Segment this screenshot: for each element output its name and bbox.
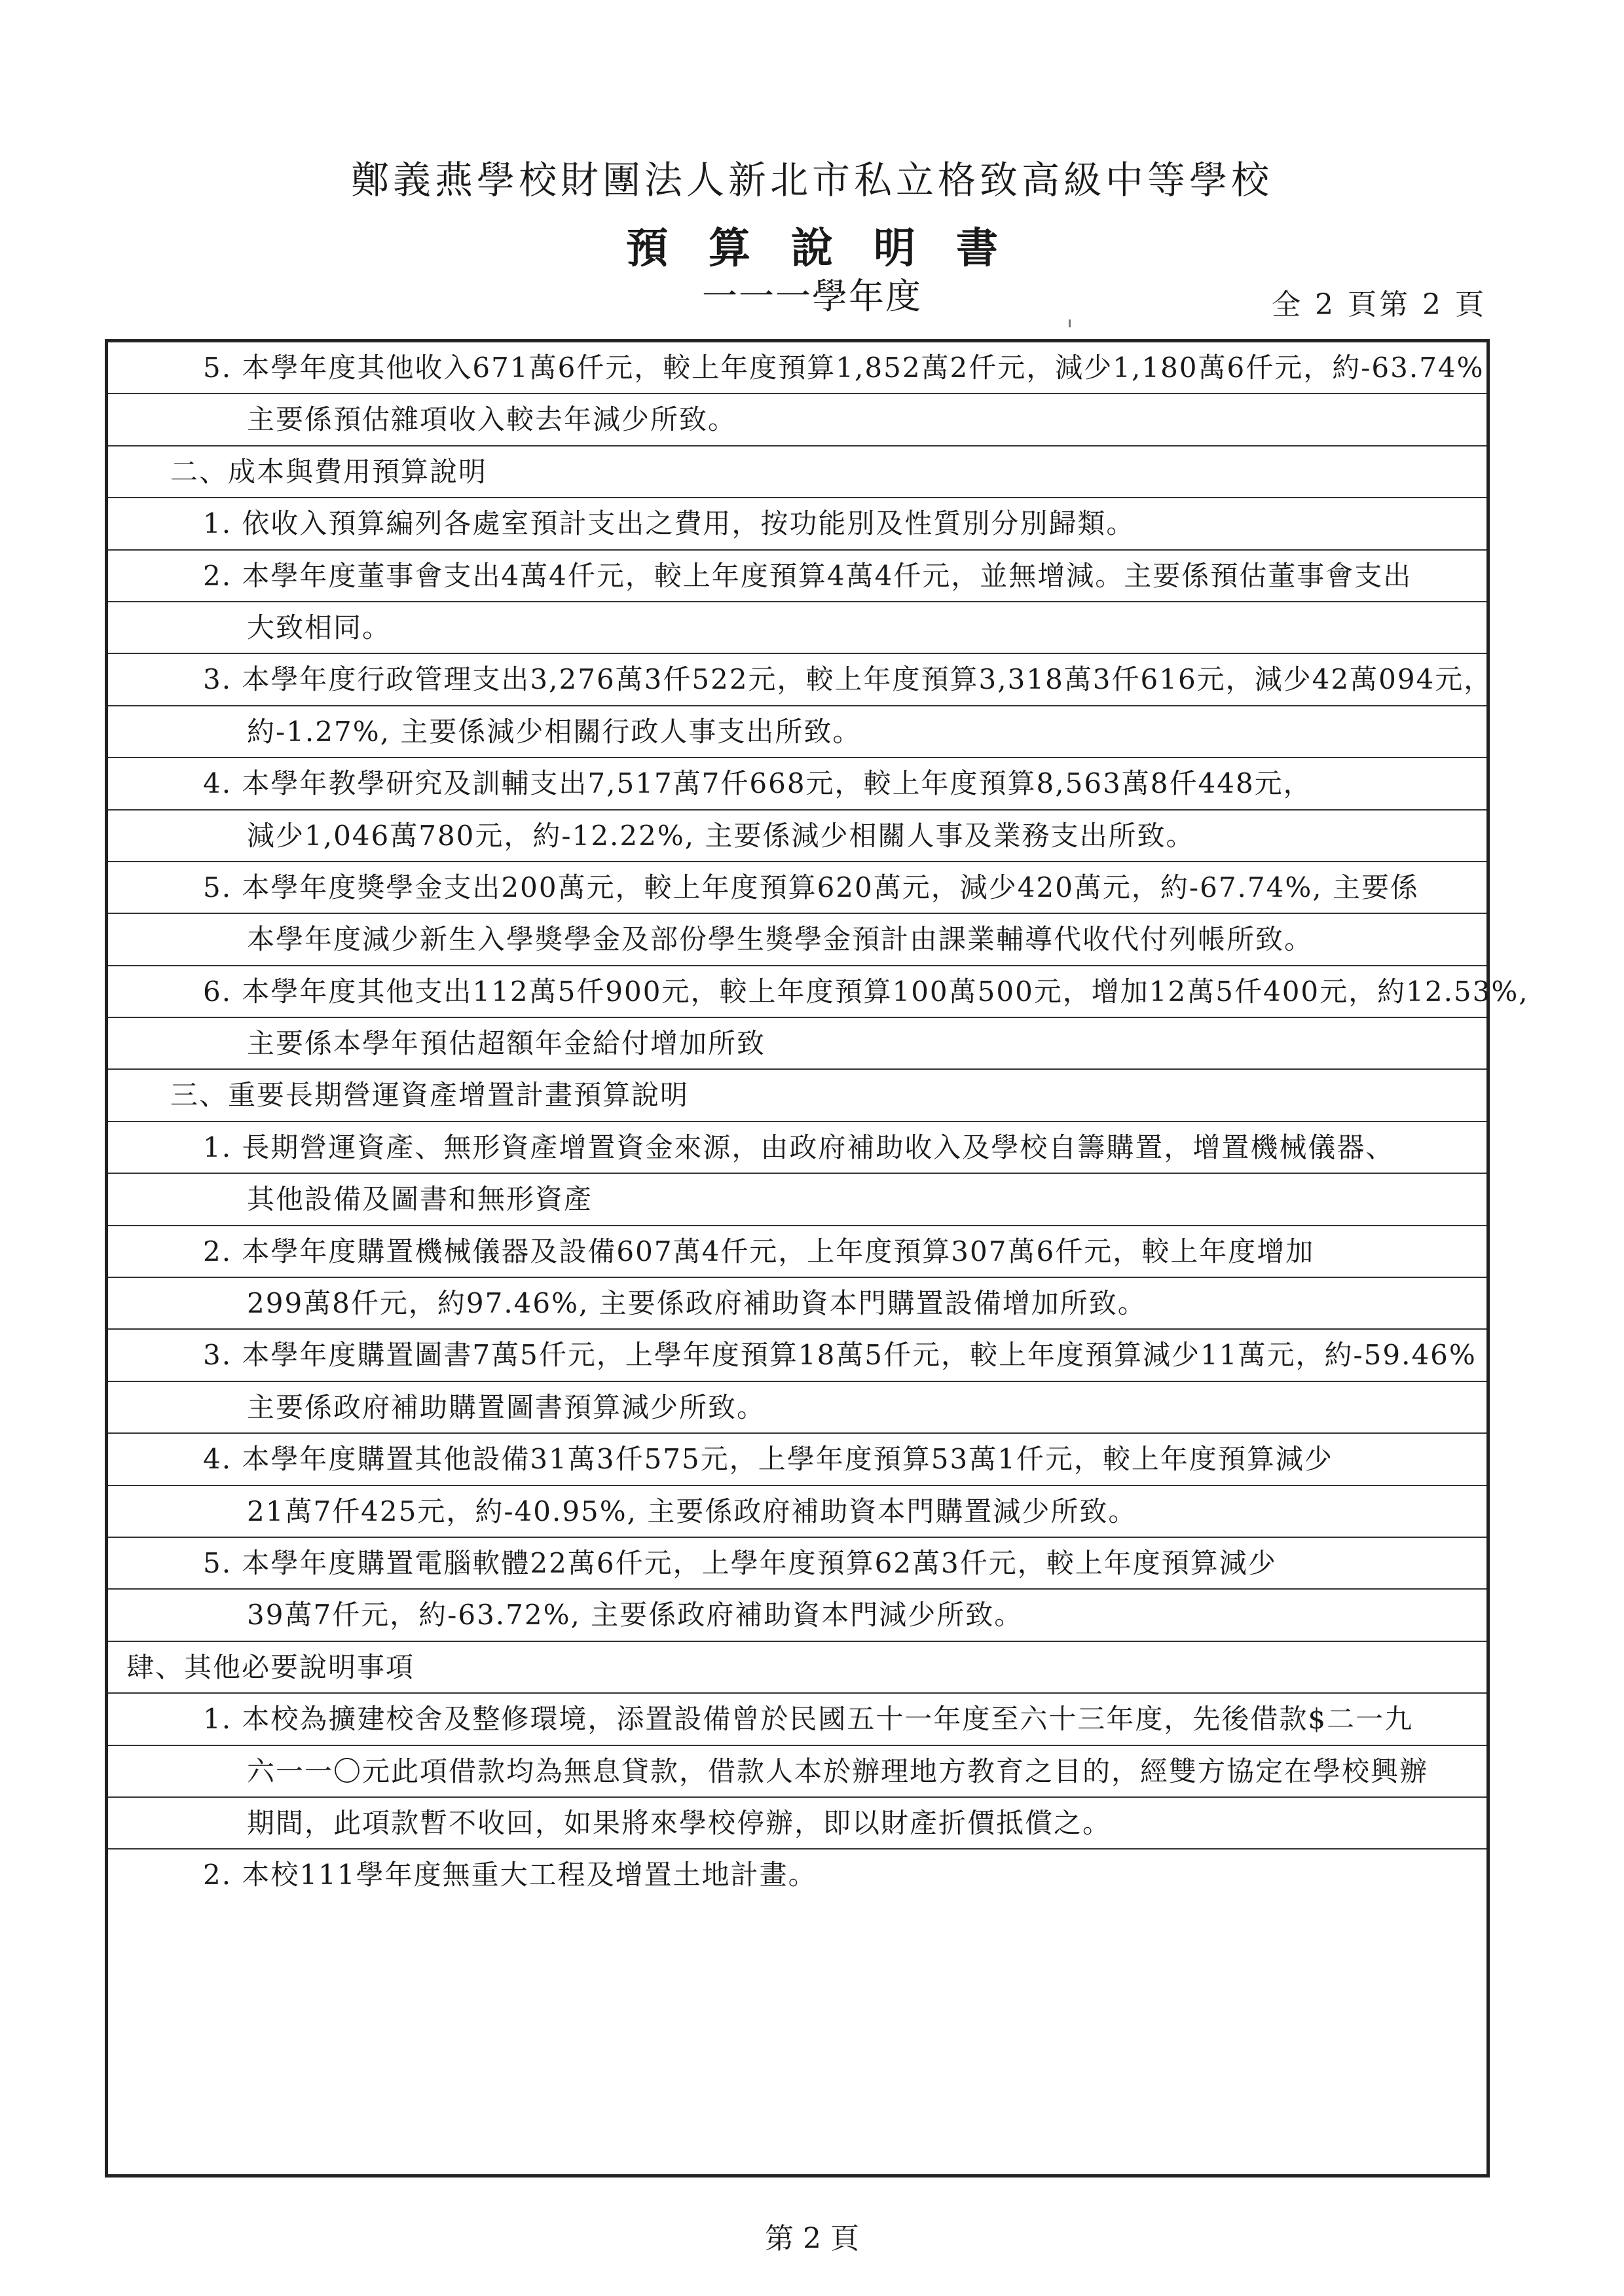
table-row: 21萬7仟425元，約-40.95%, 主要係政府補助資本門購置減少所致。 bbox=[108, 1486, 1486, 1538]
table-row: 六一一〇元此項借款均為無息貸款，借款人本於辦理地方教育之目的，經雙方協定在學校興… bbox=[108, 1746, 1486, 1798]
table-row: 主要係預估雜項收入較去年減少所致。 bbox=[108, 394, 1486, 446]
section-heading: 二、成本與費用預算說明 bbox=[108, 446, 1486, 498]
table-row: 2. 本校111學年度無重大工程及增置土地計畫。 bbox=[108, 1850, 1486, 1901]
table-row: 1. 依收入預算編列各處室預計支出之費用，按功能別及性質別分別歸類。 bbox=[108, 498, 1486, 550]
table-row: 4. 本學年教學研究及訓輔支出7,517萬7仟668元，較上年度預算8,563萬… bbox=[108, 758, 1486, 810]
table-row: 其他設備及圖書和無形資產 bbox=[108, 1174, 1486, 1226]
table-row: 1. 本校為擴建校舍及整修環境，添置設備曾於民國五十一年度至六十三年度，先後借款… bbox=[108, 1694, 1486, 1745]
section-heading: 三、重要長期營運資產增置計畫預算說明 bbox=[108, 1070, 1486, 1121]
page-count: 全 2 頁第 2 頁 bbox=[1272, 287, 1486, 323]
organization-title: 鄭義燕學校財團法人新北市私立格致高級中等學校 bbox=[0, 157, 1624, 203]
document-title: 預算說明書 bbox=[0, 223, 1624, 275]
table-row: 3. 本學年度行政管理支出3,276萬3仟522元，較上年度預算3,318萬3仟… bbox=[108, 654, 1486, 706]
table-row: 大致相同。 bbox=[108, 602, 1486, 654]
explanation-table: 5. 本學年度其他收入671萬6仟元，較上年度預算1,852萬2仟元，減少1,1… bbox=[105, 339, 1490, 2178]
table-row: 本學年度減少新生入學獎學金及部份學生獎學金預計由課業輔導代收代付列帳所致。 bbox=[108, 914, 1486, 966]
table-row: 約-1.27%, 主要係減少相關行政人事支出所致。 bbox=[108, 706, 1486, 758]
table-row: 2. 本學年度購置機械儀器及設備607萬4仟元，上年度預算307萬6仟元，較上年… bbox=[108, 1226, 1486, 1278]
table-row: 3. 本學年度購置圖書7萬5仟元，上學年度預算18萬5仟元，較上年度預算減少11… bbox=[108, 1330, 1486, 1381]
table-row: 主要係政府補助購置圖書預算減少所致。 bbox=[108, 1382, 1486, 1434]
scan-speck bbox=[1069, 319, 1071, 327]
table-row: 期間，此項款暫不收回，如果將來學校停辦，即以財產折價抵償之。 bbox=[108, 1798, 1486, 1850]
table-row: 5. 本學年度其他收入671萬6仟元，較上年度預算1,852萬2仟元，減少1,1… bbox=[108, 342, 1486, 394]
table-row: 2. 本學年度董事會支出4萬4仟元，較上年度預算4萬4仟元，並無增減。主要係預估… bbox=[108, 551, 1486, 602]
table-row: 5. 本學年度購置電腦軟體22萬6仟元，上學年度預算62萬3仟元，較上年度預算減… bbox=[108, 1538, 1486, 1590]
table-row: 4. 本學年度購置其他設備31萬3仟575元，上學年度預算53萬1仟元，較上年度… bbox=[108, 1434, 1486, 1485]
table-row: 299萬8仟元，約97.46%, 主要係政府補助資本門購置設備增加所致。 bbox=[108, 1278, 1486, 1330]
page-footer: 第 2 頁 bbox=[0, 2221, 1624, 2257]
table-row: 1. 長期營運資產、無形資產增置資金來源，由政府補助收入及學校自籌購置，增置機械… bbox=[108, 1122, 1486, 1174]
table-row: 6. 本學年度其他支出112萬5仟900元，較上年度預算100萬500元，增加1… bbox=[108, 966, 1486, 1018]
table-row: 減少1,046萬780元，約-12.22%, 主要係減少相關人事及業務支出所致。 bbox=[108, 811, 1486, 862]
table-row: 39萬7仟元，約-63.72%, 主要係政府補助資本門減少所致。 bbox=[108, 1590, 1486, 1641]
table-row: 主要係本學年預估超額年金給付增加所致 bbox=[108, 1018, 1486, 1070]
section-heading: 肆、其他必要說明事項 bbox=[108, 1642, 1486, 1694]
table-row: 5. 本學年度獎學金支出200萬元，較上年度預算620萬元，減少420萬元，約-… bbox=[108, 862, 1486, 914]
